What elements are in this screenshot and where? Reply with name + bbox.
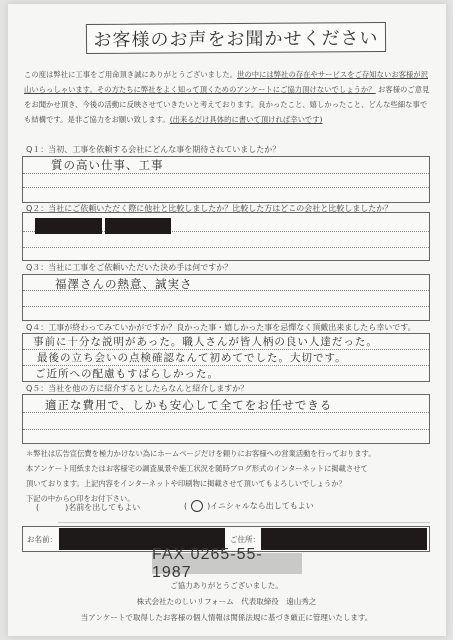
question-5-answer-text: 適正な費用で、しかも安心して全てをお任せできる [45,397,332,413]
privacy-notice: 当アンケートで取得したお客様の個人情報は関係法規に基づき厳正に管理いたします。 [0,612,453,623]
intro-paragraph: この度は弊社に工事をご用命頂き誠にありがとうございました。世の中には弊社の存在や… [24,67,434,127]
answer-line [23,429,429,430]
publication-notice: ＊弊社は広告宣伝費を極力かけない為にホームページだけを頼りにお客様への営業活動を… [26,446,436,506]
question-3-answer-box[interactable]: 福澤さんの熱意、誠実さ [22,274,430,321]
question-5-answer-box[interactable]: 適正な費用で、しかも安心して全てをお任せできる [22,394,430,444]
redacted-company-2 [105,218,171,234]
address-label: ご住所： [230,534,260,545]
choice-bracket-open: ( [184,502,187,511]
answer-line [23,187,429,188]
question-1-answer-text: 質の高い仕事、工事 [51,157,164,173]
notice-line-1: ＊弊社は広告宣伝費を極力かけない為にホームページだけを頼りにお客様への営業活動を… [26,446,436,461]
intro-part1: この度は弊社に工事をご用命頂き誠にありがとうございました。 [24,70,237,79]
choice-bracket-open: ( [36,503,39,512]
notice-line-2: 本アンケート用紙またはお客様宅の調査風景や施工状況を随時ブログ形式のインターネッ… [26,461,436,476]
choice-initials[interactable]: ()イニシャルなら出してもよい [184,500,314,512]
question-4-answer-line-3: ご近所への配慮もすばらしかった。 [35,366,219,381]
question-1-answer-box[interactable]: 質の高い仕事、工事 [22,156,430,203]
question-3-label: Q３：当社に工事をご依頼いただいた決め手は何ですか？ [26,262,232,273]
answer-line [23,306,429,307]
divider [58,522,430,523]
fax-number-text: FAX 0265-55-1987 [152,546,302,582]
circle-mark-icon [191,500,203,512]
question-4-answer-box[interactable]: 事前に十分な説明があった。職人さんが皆人柄の良い人達だった。 最後の立ち会いの点… [22,333,430,382]
thanks-text: ご協力ありがとうございました。 [0,580,453,591]
page-title-text: お客様のお声をお聞かせください [93,24,378,52]
redacted-company-1 [35,218,102,234]
company-signature: 株式会社たのしいリフォーム 代表取締役 遠山秀之 [0,596,453,607]
answer-line [23,247,429,248]
question-4-label: Q４：工事が終わってみていかがですか？良かった事・嬉しかった事を忌憚なく頂戴出来… [26,322,416,333]
choice-full-name[interactable]: ()名前を出してもよい [36,502,140,513]
question-4-answer-line-2: 最後の立ち会いの点検確認なんて初めてでした。大切です。 [37,350,347,365]
choice-full-name-label: 名前を出してもよい [68,503,140,512]
question-5-label: Q５：当社を他の方に紹介するとしたらなんと紹介しますか？ [26,383,248,394]
question-3-answer-text: 福澤さんの熱意、誠実さ [55,276,193,292]
answer-line [23,173,429,174]
intro-part4: (出来るだけ具体的に書いて頂ければ幸いです) [170,115,323,124]
question-1-label: Q１：当初、工事を依頼する会社にどんな事を期待されていましたか？ [26,144,280,155]
choice-initials-label: イニシャルなら出してもよい [210,502,314,511]
name-label: お名前： [27,534,57,545]
question-4-answer-line-1: 事前に十分な説明があった。職人さんが皆人柄の良い人達だった。 [33,334,378,349]
page-title: お客様のお声をお聞かせください [86,22,386,54]
question-2-answer-box[interactable] [22,212,430,261]
notice-line-3: 頂いております。上記内容をインターネットや印刷物に掲載させて頂いてもよろしいでし… [26,476,436,491]
fax-number: FAX 0265-55-1987 [152,553,302,574]
